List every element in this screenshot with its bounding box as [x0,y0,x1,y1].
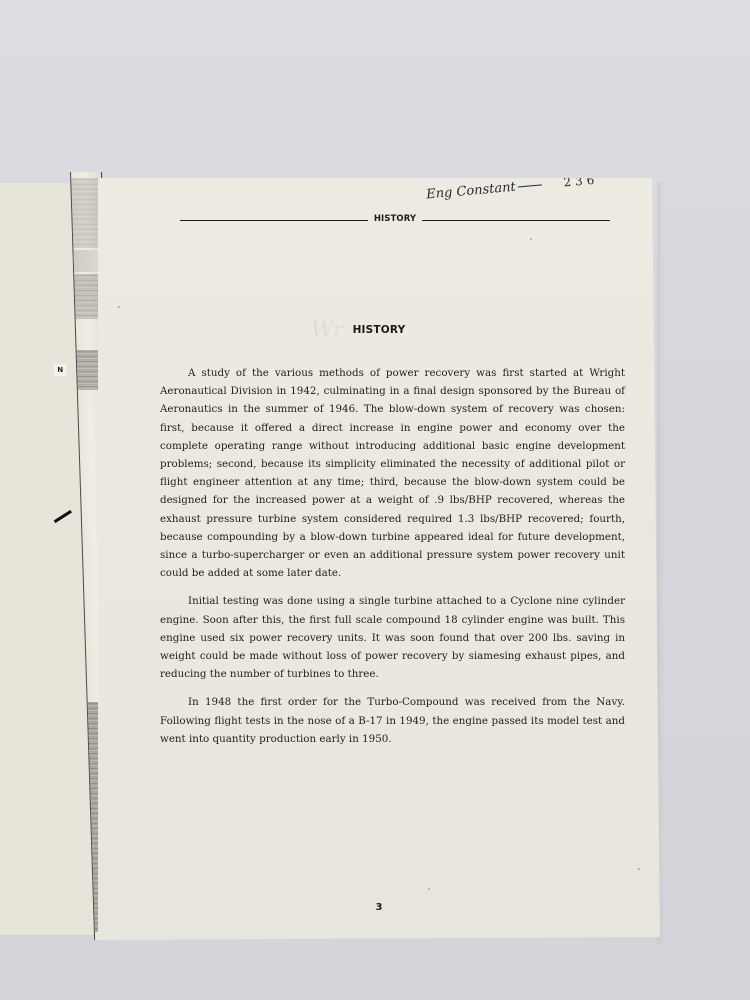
handwritten-number: 236 [563,173,599,190]
body-text: A study of the various methods of power … [160,364,625,758]
header-rule-left [180,220,368,221]
running-header: HISTORY [180,212,610,226]
page-number: 3 [98,902,660,913]
document-page: Eng Constant236 HISTORY Wr HISTORY A stu… [98,178,660,940]
paper-speck [638,868,640,870]
paper-speck [118,306,120,308]
paragraph: Initial testing was done using a single … [160,592,625,683]
paragraph: In 1948 the first order for the Turbo-Co… [160,693,625,748]
handwritten-annotation: Eng Constant236 [426,173,599,203]
header-rule-right [422,220,610,221]
handwritten-text: Eng Constant [426,180,517,203]
running-header-label: HISTORY [368,214,422,224]
handwritten-stroke [518,184,542,187]
paper-speck [428,888,430,890]
section-title: HISTORY [98,324,660,336]
binder-tab-label: N [54,364,66,376]
paper-speck [530,238,532,240]
paragraph: A study of the various methods of power … [160,364,625,582]
